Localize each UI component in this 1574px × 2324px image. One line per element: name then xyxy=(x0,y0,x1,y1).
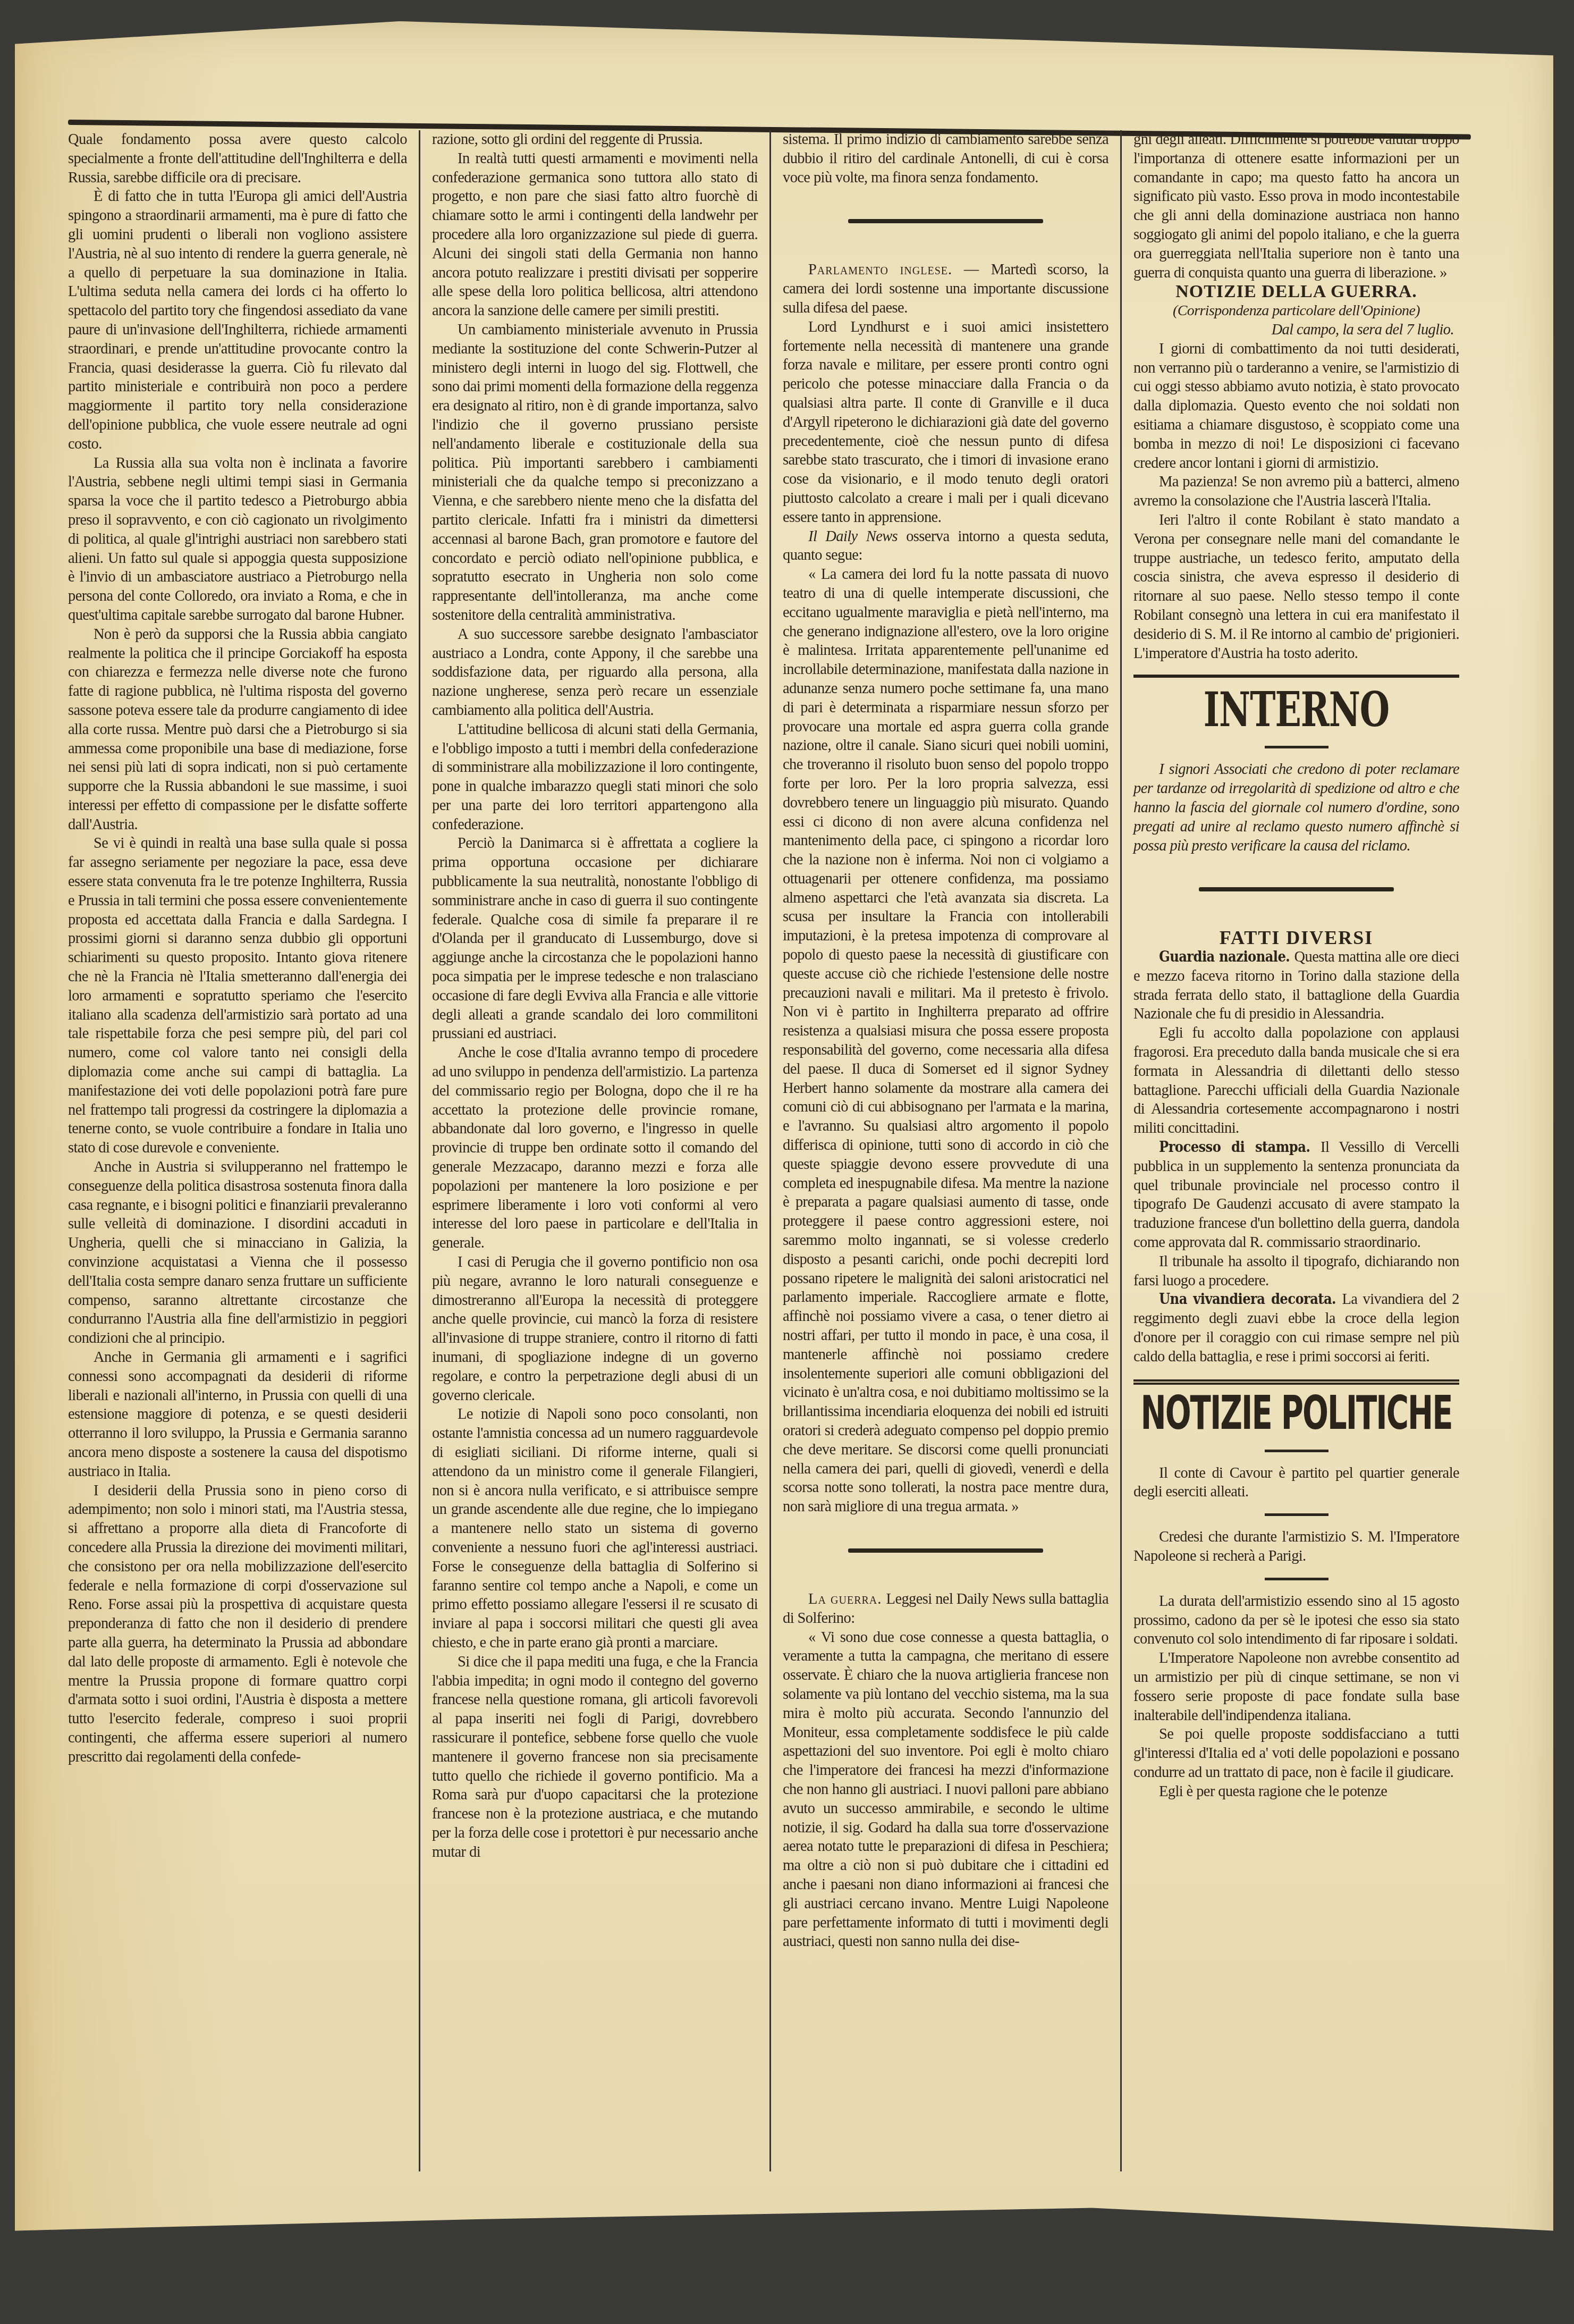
paragraph-text: Il conte di Cavour è partito pel quartie… xyxy=(1133,1465,1459,1501)
article-paragraph: Le notizie di Napoli sono poco consolant… xyxy=(432,1405,758,1652)
article-paragraph: Processo di stampa. Il Vessillo di Verce… xyxy=(1133,1138,1459,1252)
paragraph-text: A suo successore sarebbe designato l'amb… xyxy=(432,626,758,719)
paragraph-text: Ma pazienza! Se non avremo più a batterc… xyxy=(1133,474,1459,509)
paragraph-lead-in: Il Daily News xyxy=(808,528,906,545)
section-heading-corr: (Corrispondenza particolare dell'Opinion… xyxy=(1133,301,1459,321)
article-paragraph: Il Daily News osserva intorno a questa s… xyxy=(783,527,1108,566)
paragraph-text: razione, sotto gli ordini del reggente d… xyxy=(432,131,703,148)
paragraph-text: Anche in Austria si svilupperanno nel fr… xyxy=(68,1159,407,1346)
paragraph-text: Si dice che il papa mediti una fuga, e c… xyxy=(432,1654,758,1860)
article-paragraph: Egli è per questa ragione che le potenze xyxy=(1133,1782,1459,1801)
paragraph-text: Il Vessillo di Vercelli pubblica in un s… xyxy=(1133,1139,1459,1251)
article-paragraph: L'attitudine bellicosa di alcuni stati d… xyxy=(432,720,758,835)
section-divider xyxy=(848,1548,1044,1553)
paragraph-text: L'attitudine bellicosa di alcuni stati d… xyxy=(432,721,758,833)
paragraph-lead-in: La guerra. xyxy=(808,1591,886,1607)
article-paragraph: I giorni di combattimento da noi tutti d… xyxy=(1133,340,1459,473)
article-paragraph: La guerra. Leggesi nel Daily News sulla … xyxy=(783,1590,1108,1628)
paragraph-text: Credesi che durante l'armistizio S. M. l… xyxy=(1133,1529,1459,1564)
paragraph-text: Se vi è quindi in realtà una base sulla … xyxy=(68,835,407,1156)
article-paragraph: Ieri l'altro il conte Robilant è stato m… xyxy=(1133,511,1459,663)
article-paragraph: Anche in Germania gli armamenti e i sagr… xyxy=(68,1348,407,1481)
paragraph-text: Un cambiamento ministeriale avvenuto in … xyxy=(432,322,758,624)
article-paragraph: Lord Lyndhurst e i suoi amici insistette… xyxy=(783,318,1108,527)
article-paragraph: gni degli alleati. Difficilmente si potr… xyxy=(1133,130,1459,282)
article-paragraph: Non è però da supporsi che la Russia abb… xyxy=(68,625,407,835)
section-divider xyxy=(848,219,1044,223)
paragraph-text: Non è però da supporsi che la Russia abb… xyxy=(68,626,407,833)
article-paragraph: Egli fu accolto dalla popolazione con ap… xyxy=(1133,1024,1459,1138)
section-divider xyxy=(1265,1578,1328,1580)
paragraph-text: L'Imperatore Napoleone non avrebbe conse… xyxy=(1133,1650,1459,1723)
article-paragraph: « Vi sono due cose connesse a questa bat… xyxy=(783,1628,1108,1952)
paragraph-lead-in: Una vivandiera decorata. xyxy=(1159,1291,1342,1308)
section-heading-interno: INTERNO xyxy=(1133,679,1459,740)
paragraph-text: Le notizie di Napoli sono poco consolant… xyxy=(432,1406,758,1651)
article-paragraph: Credesi che durante l'armistizio S. M. l… xyxy=(1133,1528,1459,1566)
article-paragraph: Perciò la Danimarca si è affrettata a co… xyxy=(432,834,758,1043)
article-paragraph: A suo successore sarebbe designato l'amb… xyxy=(432,625,758,720)
paragraph-text: In realtà tutti questi armamenti e movim… xyxy=(432,150,758,319)
article-columns: Quale fondamento possa avere questo calc… xyxy=(68,130,1471,2171)
article-paragraph: Anche le cose d'Italia avranno tempo di … xyxy=(432,1043,758,1253)
column-2: razione, sotto gli ordini del reggente d… xyxy=(419,130,769,2171)
column-1: Quale fondamento possa avere questo calc… xyxy=(68,130,419,2171)
paragraph-text: I giorni di combattimento da noi tutti d… xyxy=(1133,341,1459,471)
section-heading-date: Dal campo, la sera del 7 luglio. xyxy=(1133,321,1459,340)
article-paragraph: I desiderii della Prussia sono in pieno … xyxy=(68,1481,407,1767)
article-paragraph: Ma pazienza! Se non avremo più a batterc… xyxy=(1133,473,1459,511)
paragraph-text: Egli fu accolto dalla popolazione con ap… xyxy=(1133,1025,1459,1136)
paragraph-text: sistema. Il primo indizio di cambiamento… xyxy=(783,131,1108,186)
article-paragraph: Quale fondamento possa avere questo calc… xyxy=(68,130,407,187)
article-paragraph: Il tribunale ha assolto il tipografo, di… xyxy=(1133,1252,1459,1291)
paragraph-text: I signori Associati che credono di poter… xyxy=(1133,761,1459,854)
section-divider xyxy=(1199,887,1394,891)
paragraph-text: Anche in Germania gli armamenti e i sagr… xyxy=(68,1349,407,1480)
paragraph-text: gni degli alleati. Difficilmente si potr… xyxy=(1133,131,1459,281)
section-heading-politiche: NOTIZIE POLITICHE xyxy=(1133,1382,1459,1446)
paragraph-text: Il tribunale ha assolto il tipografo, di… xyxy=(1133,1253,1459,1289)
section-divider xyxy=(1133,675,1459,678)
article-paragraph: Parlamento inglese. — Martedì scorso, la… xyxy=(783,260,1108,317)
paragraph-text: Ieri l'altro il conte Robilant è stato m… xyxy=(1133,512,1459,662)
article-paragraph: In realtà tutti questi armamenti e movim… xyxy=(432,149,758,321)
newspaper-page: Quale fondamento possa avere questo calc… xyxy=(15,21,1553,2299)
article-paragraph: Si dice che il papa mediti una fuga, e c… xyxy=(432,1653,758,1862)
article-paragraph: Se vi è quindi in realtà una base sulla … xyxy=(68,834,407,1158)
article-paragraph: La Russia alla sua volta non è inclinata… xyxy=(68,454,407,625)
article-paragraph: Anche in Austria si svilupperanno nel fr… xyxy=(68,1158,407,1348)
section-divider xyxy=(1265,1450,1328,1452)
paragraph-text: I desiderii della Prussia sono in pieno … xyxy=(68,1483,407,1765)
paragraph-text: Quale fondamento possa avere questo calc… xyxy=(68,131,407,186)
paragraph-text: « La camera dei lord fu la notte passata… xyxy=(783,566,1108,1515)
article-paragraph: razione, sotto gli ordini del reggente d… xyxy=(432,130,758,149)
article-paragraph: I casi di Perugia che il governo pontifi… xyxy=(432,1253,758,1405)
article-paragraph: È di fatto che in tutta l'Europa gli ami… xyxy=(68,187,407,453)
article-paragraph: Se poi quelle proposte soddisfacciano a … xyxy=(1133,1725,1459,1782)
section-divider xyxy=(1265,1513,1328,1516)
section-heading-fatti: FATTI DIVERSI xyxy=(1133,929,1459,948)
article-paragraph: Una vivandiera decorata. La vivandiera d… xyxy=(1133,1290,1459,1366)
article-paragraph: Guardia nazionale. Questa mattina alle o… xyxy=(1133,948,1459,1024)
paragraph-text: « Vi sono due cose connesse a questa bat… xyxy=(783,1629,1108,1950)
article-paragraph: I signori Associati che credono di poter… xyxy=(1133,760,1459,855)
article-paragraph: Il conte di Cavour è partito pel quartie… xyxy=(1133,1464,1459,1502)
paragraph-text: La Russia alla sua volta non è inclinata… xyxy=(68,455,407,624)
article-paragraph: sistema. Il primo indizio di cambiamento… xyxy=(783,130,1108,187)
paragraph-text: Egli è per questa ragione che le potenze xyxy=(1159,1783,1387,1800)
paragraph-lead-in: Processo di stampa. xyxy=(1159,1139,1321,1156)
paragraph-text: Perciò la Danimarca si è affrettata a co… xyxy=(432,835,758,1042)
article-paragraph: « La camera dei lord fu la notte passata… xyxy=(783,565,1108,1517)
paragraph-text: La durata dell'armistizio essendo sino a… xyxy=(1133,1593,1459,1648)
article-paragraph: L'Imperatore Napoleone non avrebbe conse… xyxy=(1133,1649,1459,1725)
article-paragraph: La durata dell'armistizio essendo sino a… xyxy=(1133,1592,1459,1649)
paragraph-lead-in: Guardia nazionale. xyxy=(1159,949,1294,965)
paragraph-text: I casi di Perugia che il governo pontifi… xyxy=(432,1254,758,1404)
column-3: sistema. Il primo indizio di cambiamento… xyxy=(769,130,1120,2171)
paragraph-text: Lord Lyndhurst e i suoi amici insistette… xyxy=(783,319,1108,526)
paragraph-text: È di fatto che in tutta l'Europa gli ami… xyxy=(68,188,407,452)
column-4: gni degli alleati. Difficilmente si potr… xyxy=(1120,130,1471,2171)
paragraph-lead-in: Parlamento inglese. — xyxy=(808,262,991,278)
paragraph-text: Anche le cose d'Italia avranno tempo di … xyxy=(432,1045,758,1251)
section-divider xyxy=(1265,746,1328,748)
paragraph-text: Se poi quelle proposte soddisfacciano a … xyxy=(1133,1726,1459,1781)
section-heading-guerra: NOTIZIE DELLA GUERRA. xyxy=(1133,282,1459,301)
article-paragraph: Un cambiamento ministeriale avvenuto in … xyxy=(432,321,758,625)
